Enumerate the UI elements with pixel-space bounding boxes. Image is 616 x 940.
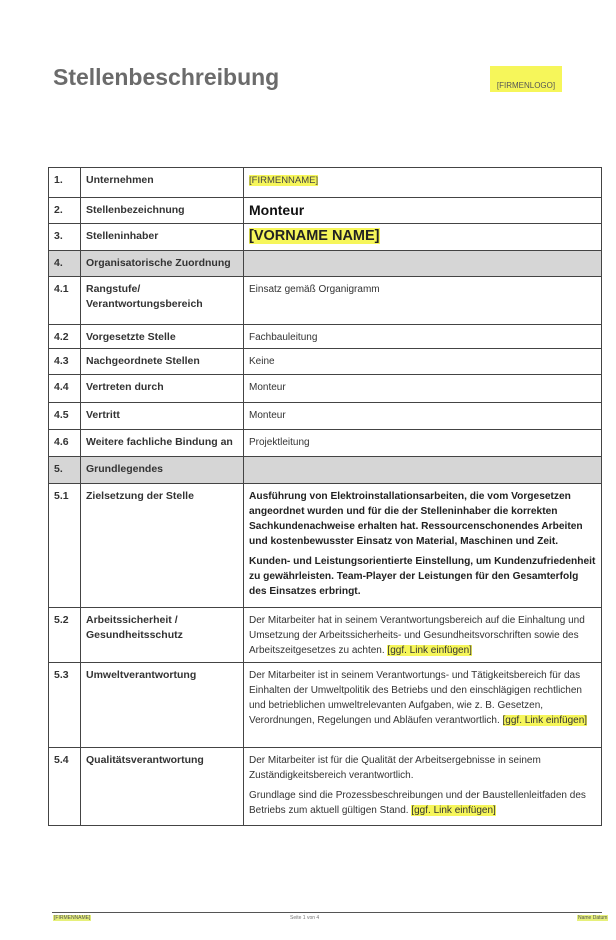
row-value[interactable]: Der Mitarbeiter ist für die Qualität der… <box>244 748 602 826</box>
footer-page-number: Seite 1 von 4 <box>290 915 319 921</box>
table-row: 5.1 Zielsetzung der Stelle Ausführung vo… <box>49 484 602 608</box>
table-row: 5.3 Umweltverantwortung Der Mitarbeiter … <box>49 663 602 748</box>
table-row: 1. Unternehmen [FIRMENNAME] <box>49 168 602 198</box>
row-number: 5.4 <box>49 748 81 826</box>
section-header-row: 5. Grundlegendes <box>49 457 602 484</box>
job-description-table: 1. Unternehmen [FIRMENNAME] 2. Stellenbe… <box>48 167 602 826</box>
row-number: 4.6 <box>49 430 81 457</box>
table-row: 3. Stelleninhaber [VORNAME NAME] <box>49 224 602 251</box>
employee-name-placeholder[interactable]: [VORNAME NAME] <box>249 228 380 244</box>
row-number: 5.3 <box>49 663 81 748</box>
row-label: Organisatorische Zuordnung <box>81 251 244 277</box>
insert-link-placeholder[interactable]: [ggf. Link einfügen] <box>387 645 472 656</box>
row-label: Zielsetzung der Stelle <box>81 484 244 608</box>
row-value[interactable]: Einsatz gemäß Organigramm <box>244 277 602 325</box>
row-value[interactable]: Ausführung von Elektroinstallationsarbei… <box>244 484 602 608</box>
row-value[interactable]: Monteur <box>244 403 602 430</box>
insert-link-placeholder[interactable]: [ggf. Link einfügen] <box>411 805 496 816</box>
row-label: Vorgesetzte Stelle <box>81 325 244 349</box>
row-number: 4.1 <box>49 277 81 325</box>
company-name-placeholder[interactable]: [FIRMENNAME] <box>249 175 318 186</box>
row-label: Weitere fachliche Bindung an <box>81 430 244 457</box>
row-label: Unternehmen <box>81 168 244 198</box>
row-number: 2. <box>49 198 81 224</box>
row-value <box>244 457 602 484</box>
table-row: 4.3 Nachgeordnete Stellen Keine <box>49 349 602 375</box>
document-title: Stellenbeschreibung <box>53 64 279 91</box>
table-row: 4.4 Vertreten durch Monteur <box>49 375 602 403</box>
row-number: 4.2 <box>49 325 81 349</box>
table-row: 4.5 Vertritt Monteur <box>49 403 602 430</box>
row-value[interactable]: Fachbauleitung <box>244 325 602 349</box>
table-row: 4.2 Vorgesetzte Stelle Fachbauleitung <box>49 325 602 349</box>
table-row: 5.2 Arbeitssicherheit / Gesundheitsschut… <box>49 608 602 663</box>
row-label: Vertritt <box>81 403 244 430</box>
row-value[interactable]: Projektleitung <box>244 430 602 457</box>
row-number: 1. <box>49 168 81 198</box>
table-row: 5.4 Qualitätsverantwortung Der Mitarbeit… <box>49 748 602 826</box>
footer-company-name: [FIRMENNAME] <box>53 915 91 921</box>
row-label: Nachgeordnete Stellen <box>81 349 244 375</box>
row-label: Stelleninhaber <box>81 224 244 251</box>
objective-paragraph: Kunden- und Leistungsorientierte Einstel… <box>249 554 596 599</box>
row-label: Grundlegendes <box>81 457 244 484</box>
logo-placeholder-text: [FIRMENLOGO] <box>497 81 555 90</box>
row-number: 4.5 <box>49 403 81 430</box>
quality-paragraph: Grundlage sind die Prozessbeschreibungen… <box>249 788 596 818</box>
table-row: 4.6 Weitere fachliche Bindung an Projekt… <box>49 430 602 457</box>
row-value[interactable]: [FIRMENNAME] <box>244 168 602 198</box>
row-label: Umweltverantwortung <box>81 663 244 748</box>
row-label: Qualitätsverantwortung <box>81 748 244 826</box>
footer-name-date: Name Datum <box>577 915 608 921</box>
row-label: Arbeitssicherheit / Gesundheitsschutz <box>81 608 244 663</box>
row-number: 4.3 <box>49 349 81 375</box>
table-row: 2. Stellenbezeichnung Monteur <box>49 198 602 224</box>
row-value[interactable]: Der Mitarbeiter ist in seinem Verantwort… <box>244 663 602 748</box>
company-logo-placeholder: [FIRMENLOGO] <box>490 66 562 92</box>
footer-divider <box>52 912 602 913</box>
row-value[interactable]: [VORNAME NAME] <box>244 224 602 251</box>
job-title-value[interactable]: Monteur <box>249 202 304 218</box>
insert-link-placeholder[interactable]: [ggf. Link einfügen] <box>503 715 588 726</box>
row-value <box>244 251 602 277</box>
row-label: Stellenbezeichnung <box>81 198 244 224</box>
row-value[interactable]: Der Mitarbeiter hat in seinem Verantwort… <box>244 608 602 663</box>
objective-paragraph: Ausführung von Elektroinstallationsarbei… <box>249 489 596 549</box>
row-label: Rangstufe/ Verantwortungsbereich <box>81 277 244 325</box>
row-number: 3. <box>49 224 81 251</box>
row-number: 5. <box>49 457 81 484</box>
row-value[interactable]: Monteur <box>244 375 602 403</box>
row-value[interactable]: Keine <box>244 349 602 375</box>
quality-paragraph: Der Mitarbeiter ist für die Qualität der… <box>249 753 596 783</box>
row-label: Vertreten durch <box>81 375 244 403</box>
section-header-row: 4. Organisatorische Zuordnung <box>49 251 602 277</box>
row-number: 4.4 <box>49 375 81 403</box>
row-value[interactable]: Monteur <box>244 198 602 224</box>
table-row: 4.1 Rangstufe/ Verantwortungsbereich Ein… <box>49 277 602 325</box>
row-number: 4. <box>49 251 81 277</box>
row-number: 5.2 <box>49 608 81 663</box>
row-number: 5.1 <box>49 484 81 608</box>
